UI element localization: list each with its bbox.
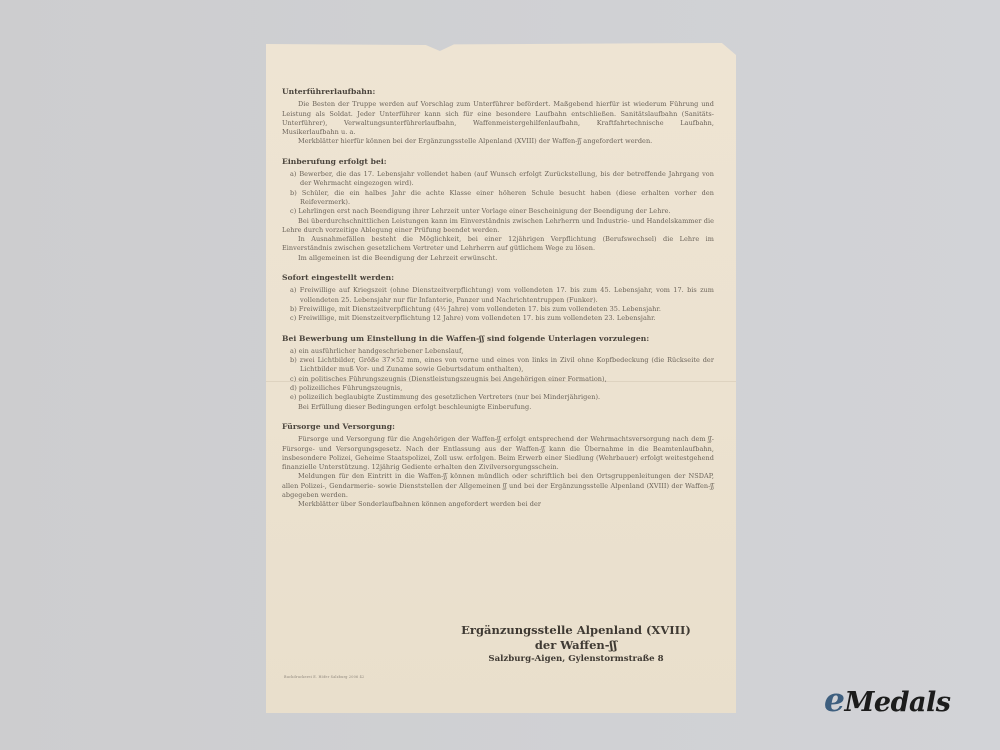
paragraph: Meldungen für den Eintritt in die Waffen…: [282, 472, 714, 500]
list-item: b) Schüler, die ein halbes Jahr die acht…: [282, 189, 714, 208]
document-sheet: Unterführerlaufbahn: Die Besten der Trup…: [266, 43, 736, 713]
paragraph: Bei Erfüllung dieser Bedingungen erfolgt…: [282, 403, 714, 412]
paragraph: Merkblätter hierfür können bei der Ergän…: [282, 137, 714, 146]
document-body: Unterführerlaufbahn: Die Besten der Trup…: [282, 87, 714, 520]
list-item: a) ein ausführlicher handgeschriebener L…: [282, 347, 714, 356]
section-sofort-eingestellt: Sofort eingestellt werden: a) Freiwillig…: [282, 273, 714, 323]
list-item: b) zwei Lichtbilder, Größe 37×52 mm, ein…: [282, 356, 714, 375]
printer-imprint: Buchdruckerei E. Höfer Salzburg 2006 42: [284, 675, 364, 679]
paragraph: Im allgemeinen ist die Beendigung der Le…: [282, 254, 714, 263]
section-heading: Sofort eingestellt werden:: [282, 273, 714, 282]
list-item: e) polizeilich beglaubigte Zustimmung de…: [282, 393, 714, 402]
emedals-watermark-logo: eMedals: [824, 680, 950, 719]
section-heading: Einberufung erfolgt bei:: [282, 157, 714, 166]
signature-block: Ergänzungsstelle Alpenland (XVIII) der W…: [446, 623, 706, 666]
signature-address: Salzburg-Aigen, Gylenstormstraße 8: [446, 653, 706, 666]
logo-e: e: [824, 680, 845, 719]
list-item: b) Freiwillige, mit Dienstzeitverpflicht…: [282, 305, 714, 314]
list-item: c) Freiwillige, mit Dienstzeitverpflicht…: [282, 314, 714, 323]
section-heading: Fürsorge und Versorgung:: [282, 422, 714, 431]
section-einberufung: Einberufung erfolgt bei: a) Bewerber, di…: [282, 157, 714, 263]
list-item: a) Bewerber, die das 17. Lebensjahr voll…: [282, 170, 714, 189]
item-list: a) Freiwillige auf Kriegszeit (ohne Dien…: [282, 286, 714, 323]
paragraph: Fürsorge und Versorgung für die Angehöri…: [282, 435, 714, 472]
signature-organization: der Waffen-ʃʃ: [446, 638, 706, 653]
paragraph: Die Besten der Truppe werden auf Vorschl…: [282, 100, 714, 137]
section-heading: Bei Bewerbung um Einstellung in die Waff…: [282, 334, 714, 343]
list-item: d) polizeiliches Führungszeugnis,: [282, 384, 714, 393]
signature-office: Ergänzungsstelle Alpenland (XVIII): [446, 623, 706, 638]
logo-text: Medals: [845, 687, 951, 718]
item-list: a) Bewerber, die das 17. Lebensjahr voll…: [282, 170, 714, 216]
section-unterlagen: Bei Bewerbung um Einstellung in die Waff…: [282, 334, 714, 412]
list-item: c) Lehrlingen erst nach Beendigung ihrer…: [282, 207, 714, 216]
list-item: c) ein politisches Führungszeugnis (Dien…: [282, 375, 714, 384]
item-list: a) ein ausführlicher handgeschriebener L…: [282, 347, 714, 403]
section-unterfuehrerlaufbahn: Unterführerlaufbahn: Die Besten der Trup…: [282, 87, 714, 147]
list-item: a) Freiwillige auf Kriegszeit (ohne Dien…: [282, 286, 714, 305]
section-heading: Unterführerlaufbahn:: [282, 87, 714, 96]
paragraph: In Ausnahmefällen besteht die Möglichkei…: [282, 235, 714, 254]
section-fuersorge: Fürsorge und Versorgung: Fürsorge und Ve…: [282, 422, 714, 510]
paragraph: Bei überdurchschnittlichen Leistungen ka…: [282, 217, 714, 236]
paragraph: Merkblätter über Sonderlaufbahnen können…: [282, 500, 714, 509]
